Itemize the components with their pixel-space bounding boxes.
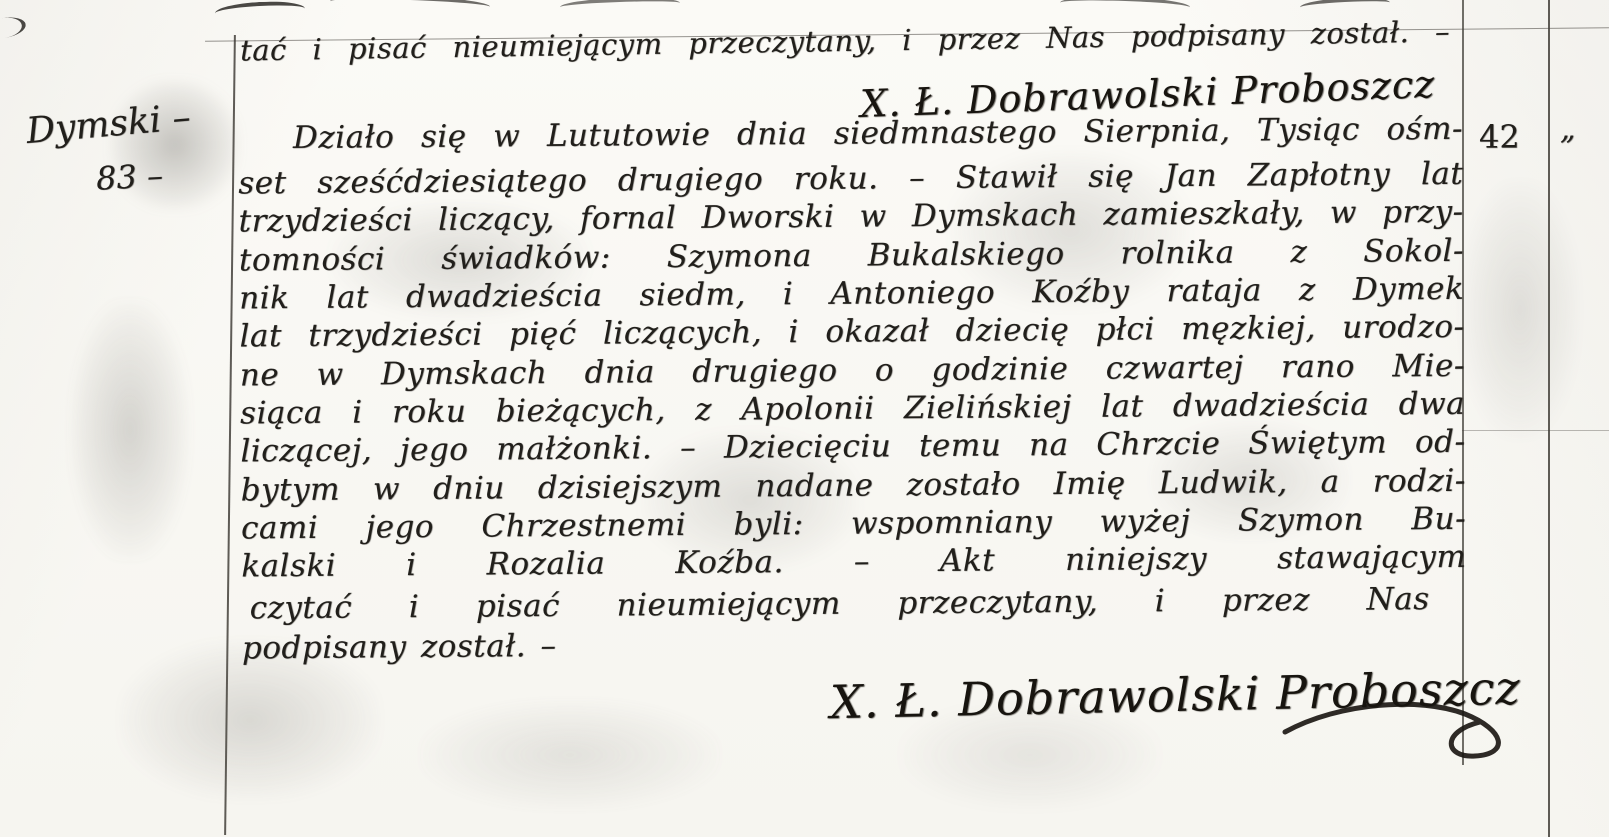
record-line: Działo się w Lututowie dnia siedmnastego… [238,111,1463,157]
record-line: liczącej, jego małżonki. – Dziecięciu te… [240,424,1465,470]
record-line: podpisany został. – [242,626,762,666]
record-line: lat trzydzieści pięć liczących, i okazał… [239,309,1464,355]
record-line: trzydzieści liczący, fornal Dworski w Dy… [238,194,1463,240]
record-line: czytać i pisać nieumiejącym przeczytany,… [249,581,1429,626]
record-line: kalski i Rozalia Koźba. – Akt niniejszy … [241,539,1466,585]
scanned-register-page: tać i pisać nieumiejącym przeczytany, i … [0,0,1609,837]
